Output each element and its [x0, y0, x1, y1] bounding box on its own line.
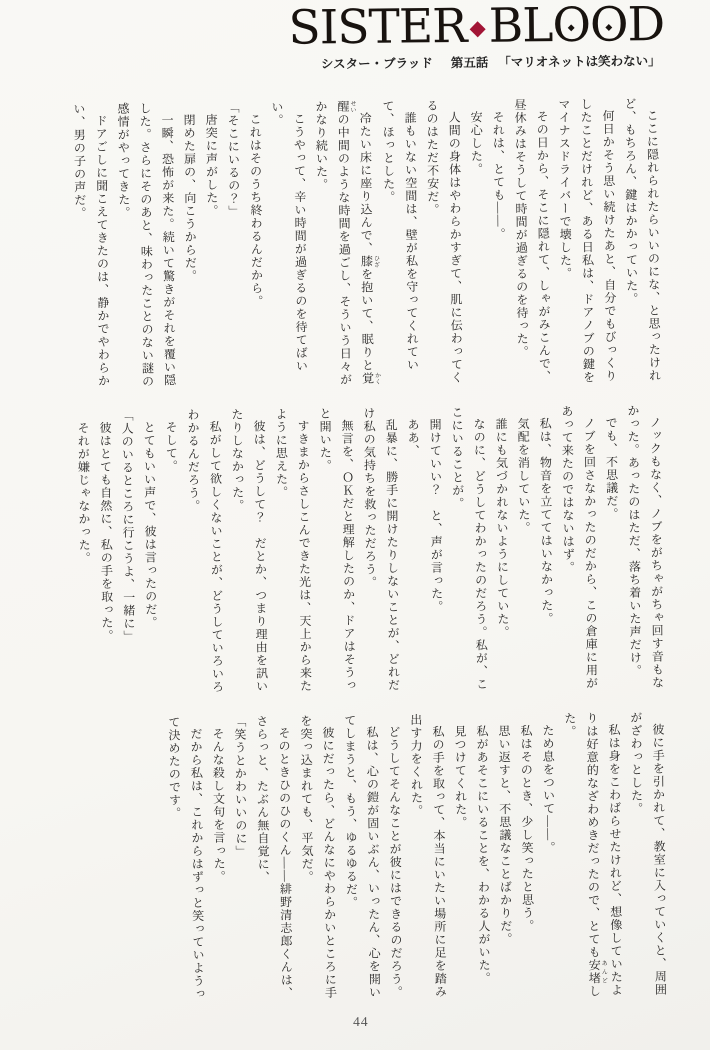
logo-o-inlay-diamond-icon: ◆: [605, 24, 612, 33]
paragraph: 閉めた扉の、向こうからだ。: [178, 101, 203, 387]
logo-text-d: D: [627, 0, 664, 52]
paragraph: 彼に手を引かれて、教室に入っていくと、周囲がざわっとした。: [625, 711, 672, 997]
paragraph: 彼は、どうして？ だとか、つまり理由を訊いたりしなかった。: [226, 408, 273, 694]
paragraph: 一瞬、恐怖が来た。続いて驚きがそれを覆い隠した。さらにそのあと、味わったことのな…: [112, 102, 181, 389]
paragraph: 私は身をこわばらせたけれど、想像していたよりは好意的なざわめきだったので、とても…: [559, 711, 628, 998]
paragraph: 唐突に声がした。: [200, 101, 225, 387]
paragraph: その日から、そこに隠れて、しゃがみこんで、昼休みはそうして時間が過ぎるのを待った…: [509, 98, 556, 384]
paragraph: 何日かそう思い続けたあと、自分でもびっくりしたことだけれど、ある日私は、ドアノブ…: [553, 97, 622, 384]
paragraph: ドアごしに聞こえてきたのは、静かでやわらかい、男の子の声だ。: [68, 102, 115, 388]
episode-number: 第五話: [451, 56, 489, 70]
paragraph: そのときひのひのくん――緋野清志郎くんは、さらっと、たぶん無自覚に、: [251, 715, 298, 1001]
logo-o-inlay-diamond-icon: ◆: [568, 25, 575, 34]
paragraph: 私はそのとき、少し笑ったと思う。: [515, 712, 540, 998]
logo-text-bl: BL: [488, 0, 552, 54]
paragraph: 彼はとても自然に、私の手を取った。: [94, 409, 119, 695]
paragraph: 安心した。: [465, 99, 490, 385]
text-block-1: ここに隠れられたらいいのにな、と思ったけれど、もちろん、鍵はかかっていた。何日か…: [68, 97, 666, 389]
paragraph: 見つけてくれた。: [449, 713, 474, 999]
paragraph: 私があそこにいることを、わかる人がいた。: [471, 713, 496, 999]
series-logo: SISTER◆BLO◆O◆D: [36, 1, 664, 56]
paragraph: 無言を、ＯＫだと理解したのか、ドアはそうっと開いた。: [314, 407, 361, 693]
paragraph: 「人のいるところに行こうよ、一緒に」: [116, 409, 141, 695]
paragraph: どうしてそんなことが彼にはできるのだろう。: [383, 714, 408, 1000]
page-header: SISTER◆BLO◆O◆D シスター・ブラッド第五話「マリオネットは笑わない」: [36, 1, 665, 75]
paragraph: 「笑うとかわいいのに」: [229, 715, 254, 1001]
paragraph: なのに、どうしてわかったのだろう。私が、ここにいることが。: [446, 406, 493, 692]
logo-letter-o-2: O◆: [590, 1, 628, 50]
paragraph: 私がして欲しくないことが、どうしていろいろわかるんだろう。: [182, 408, 229, 694]
episode-title: 「マリオネットは笑わない」: [498, 54, 660, 70]
paragraph: これはそのうち終わるんだから。: [244, 101, 269, 387]
paragraph: 開けていい？ と、声が言った。: [424, 406, 449, 692]
paragraph: それは、とても――。: [487, 99, 512, 385]
book-page: SISTER◆BLO◆O◆D シスター・ブラッド第五話「マリオネットは笑わない」…: [0, 0, 710, 1050]
paragraph: とてもいい声で、彼は言ったのだ。: [138, 409, 163, 695]
paragraph: 人間の身体はやわらかすぎて、肌に伝わってくるのはただ不安だ。: [421, 99, 468, 385]
paragraph: 彼にだったら、どんなにやわらかいところに手を突っ込まれても、平気だ。: [295, 714, 342, 1000]
paragraph: それが嫌じゃなかった。: [72, 410, 97, 696]
text-block-3: 彼に手を引かれて、教室に入っていくと、周囲がざわっとした。私は身をこわばらせたけ…: [163, 711, 672, 1002]
paragraph: そんな殺し文句を言った。: [207, 715, 232, 1001]
paragraph: ため息をついて――。: [537, 712, 562, 998]
paragraph: こうやって、辛い時間が過ぎるのを待てばいい。: [266, 100, 313, 386]
text-block-2: ノックもなく、ノブをがちゃがちゃ回す音もなかった。あったのはただ、落ち着いた声だ…: [72, 404, 669, 696]
paragraph: 私は、物音を立ててはいなかった。: [534, 405, 559, 691]
paragraph: 私の手を取って、本当にいたい場所に足を踏み出す力をくれた。: [405, 713, 452, 999]
paragraph: 気配を消していた。: [512, 405, 537, 691]
novel-text: ここに隠れられたらいいのにな、と思ったけれど、もちろん、鍵はかかっていた。何日か…: [35, 97, 672, 1024]
paragraph: そして。: [160, 409, 185, 695]
logo-text-sister: SISTER: [288, 0, 467, 56]
paragraph: だから私は、これからはずっと笑っていようって決めたのです。: [163, 715, 210, 1001]
paragraph: でも、不思議だ。: [600, 404, 625, 690]
logo-letter-o-1: O◆: [552, 2, 590, 51]
page-content: SISTER◆BLO◆O◆D シスター・ブラッド第五話「マリオネットは笑わない」…: [0, 0, 710, 1050]
paragraph: 乱暴に、勝手に開けたりしないことが、どれだけ私の気持ちを救っただろう。: [358, 407, 405, 693]
paragraph: 私は、心の鎧が固いぶん、いったん、心を開いてしまうと、もう、ゆるゆるだ。: [339, 714, 386, 1000]
paragraph: 誰もいない空間は、壁が私を守ってくれていて、ほっとした。: [377, 99, 424, 385]
paragraph: ああ、: [402, 406, 427, 692]
paragraph: 誰にも気づかれないようにしていた。: [490, 405, 515, 691]
paragraph: ここに隠れられたらいいのにな、と思ったけれど、もちろん、鍵はかかっていた。: [619, 97, 666, 383]
paragraph: ノックもなく、ノブをがちゃがちゃ回す音もなかった。あったのはただ、落ち着いた声だ…: [622, 404, 669, 690]
paragraph: ノブを回さなかったのだから、この倉庫に用があって来たのではないはず。: [556, 405, 603, 691]
series-title: シスター・ブラッド: [321, 56, 433, 71]
paragraph: すきまからさしこんできた光は、天上から来たように思えた。: [270, 407, 317, 693]
logo-diamond-icon: ◆: [469, 16, 485, 40]
paragraph: 冷たい床に座り込んで、膝ひざを抱いて、眠りと覚かく醒せいの中間のような時間を過ご…: [310, 100, 380, 387]
paragraph: 「そこにいるの？」: [222, 101, 247, 387]
paragraph: 思い返すと、不思議なことばかりだ。: [493, 712, 518, 998]
